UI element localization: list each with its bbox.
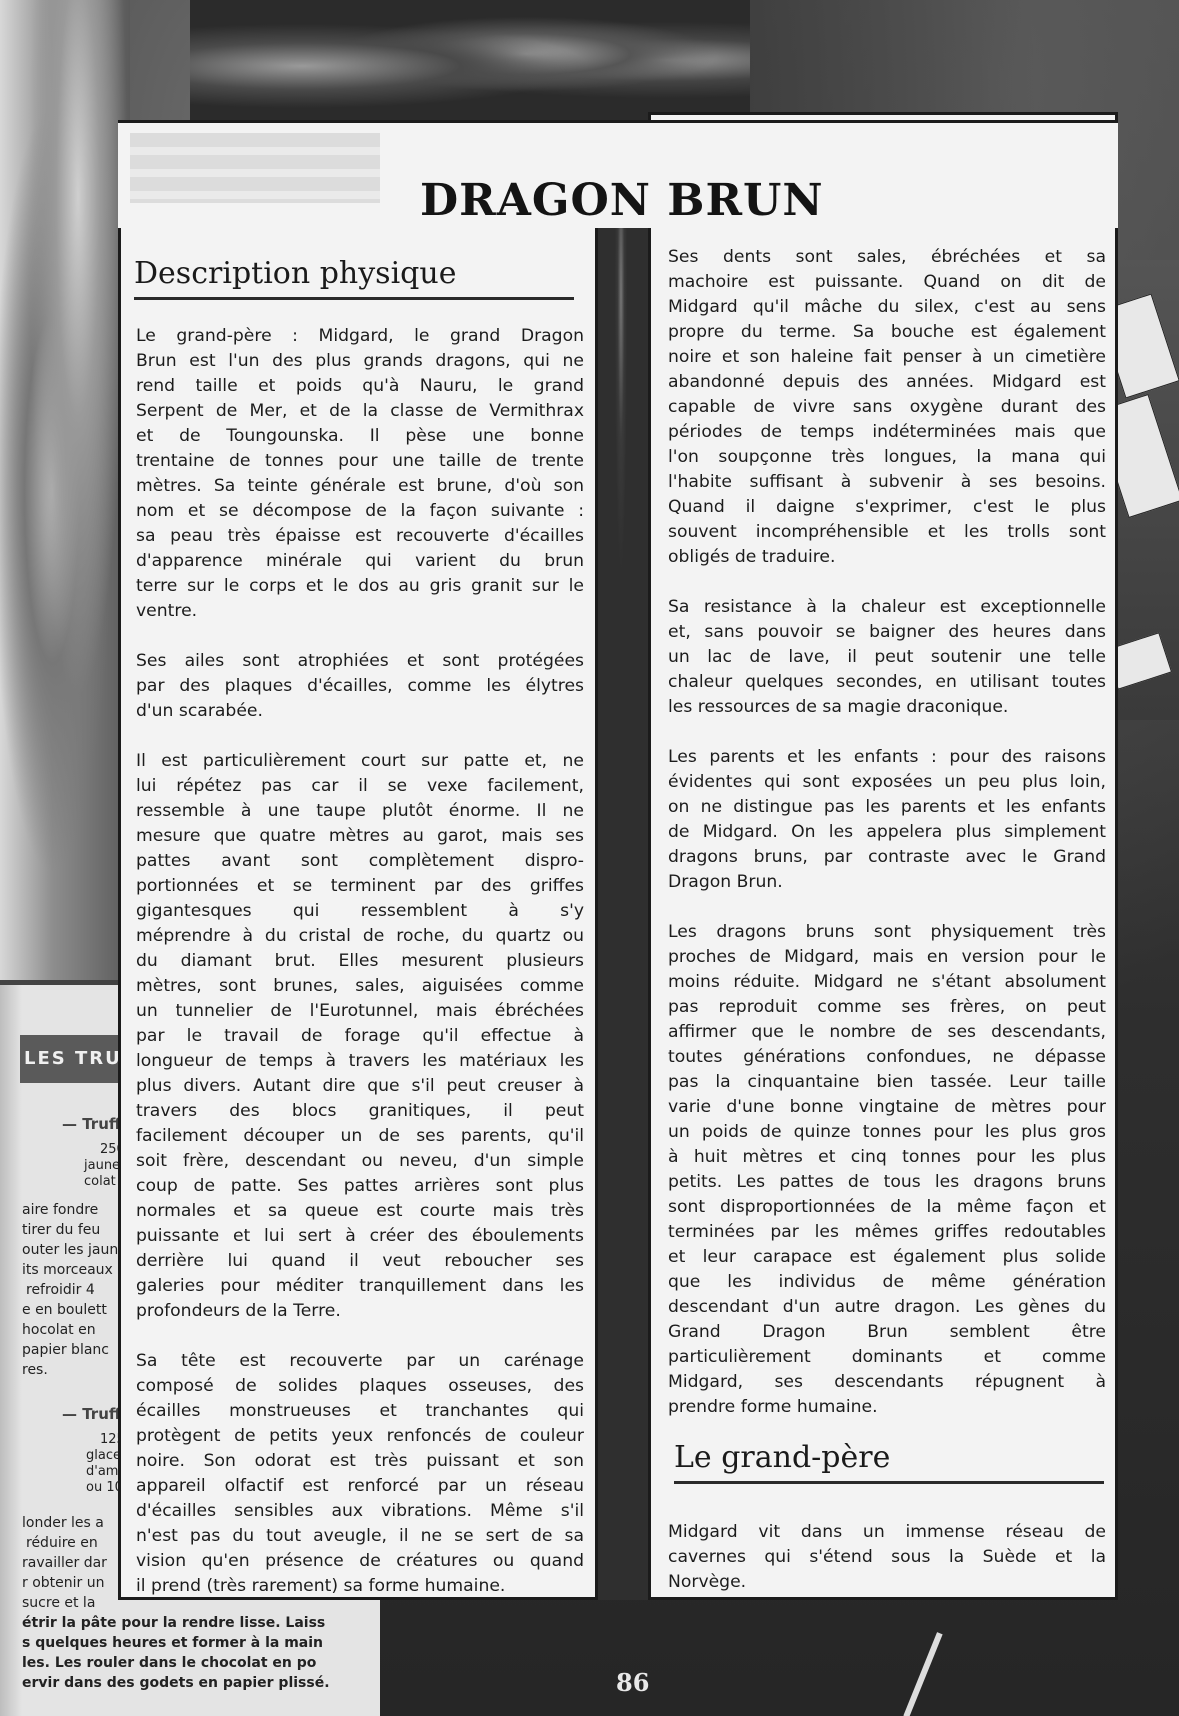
paragraph: Sa resistance à la chaleur est exception… [668,595,1106,720]
scan-edge [0,985,22,1716]
background-photo-left [0,0,130,980]
recipe-line: r obtenir un [22,1575,104,1591]
paragraph: Midgard vit dans un immense réseau de ca… [668,1520,1106,1595]
recipe-line: e en boulett [22,1302,107,1318]
recipe-line: sucre et la [22,1595,95,1611]
decorative-slash [903,1632,942,1716]
recipe-line: colat [84,1174,116,1189]
recipe-line: tirer du feu [22,1222,100,1238]
recipe-line: londer les a [22,1515,104,1531]
paragraph: Ses dents sont sales, ébréchées et sa ma… [668,245,1106,570]
background-photo-top [190,0,750,120]
recipe-line: ravailler dar [22,1555,107,1571]
recipe-line: aire fondre [22,1202,98,1218]
recipe-line: ervir dans des godets en papier plissé. [22,1675,330,1691]
bleed-through-text [130,133,380,203]
paragraph: Les parents et les enfants : pour des ra… [668,745,1106,895]
paragraph: Le grand-père : Midgard, le grand Dragon… [136,324,584,624]
page-title: DRAGON BRUN [420,175,850,226]
section-heading-description: Description physique [134,256,574,300]
article-column-right: Ses dents sont sales, ébréchées et sa ma… [668,245,1106,1445]
center-gutter-photo [592,225,650,1600]
article-column-left: Le grand-père : Midgard, le grand Dragon… [136,324,584,1624]
recipe-line: res. [22,1362,48,1378]
paragraph: Les dragons bruns sont physiquement très… [668,920,1106,1420]
paragraph: Ses ailes sont atrophiées et sont protég… [136,649,584,724]
recipe-line: s quelques heures et former à la main [22,1635,323,1651]
paragraph: Sa tête est recouverte par un carénage c… [136,1349,584,1599]
article-column-right-grandfather: Midgard vit dans un immense réseau de ca… [668,1520,1106,1620]
recipe-line: hocolat en [22,1322,96,1338]
recipe-line: its morceaux [22,1262,113,1278]
recipe-line: outer les jaun [22,1242,118,1258]
page-number: 86 [616,1668,649,1697]
section-heading-grandfather: Le grand-père [674,1440,1104,1484]
recipe-line: papier blanc [22,1342,109,1358]
recipe-line: réduire en [26,1535,98,1551]
recipe-line: refroidir 4 [26,1282,95,1298]
recipe-line: les. Les rouler dans le chocolat en po [22,1655,316,1671]
paragraph: Il est particulièrement court sur patte … [136,749,584,1324]
